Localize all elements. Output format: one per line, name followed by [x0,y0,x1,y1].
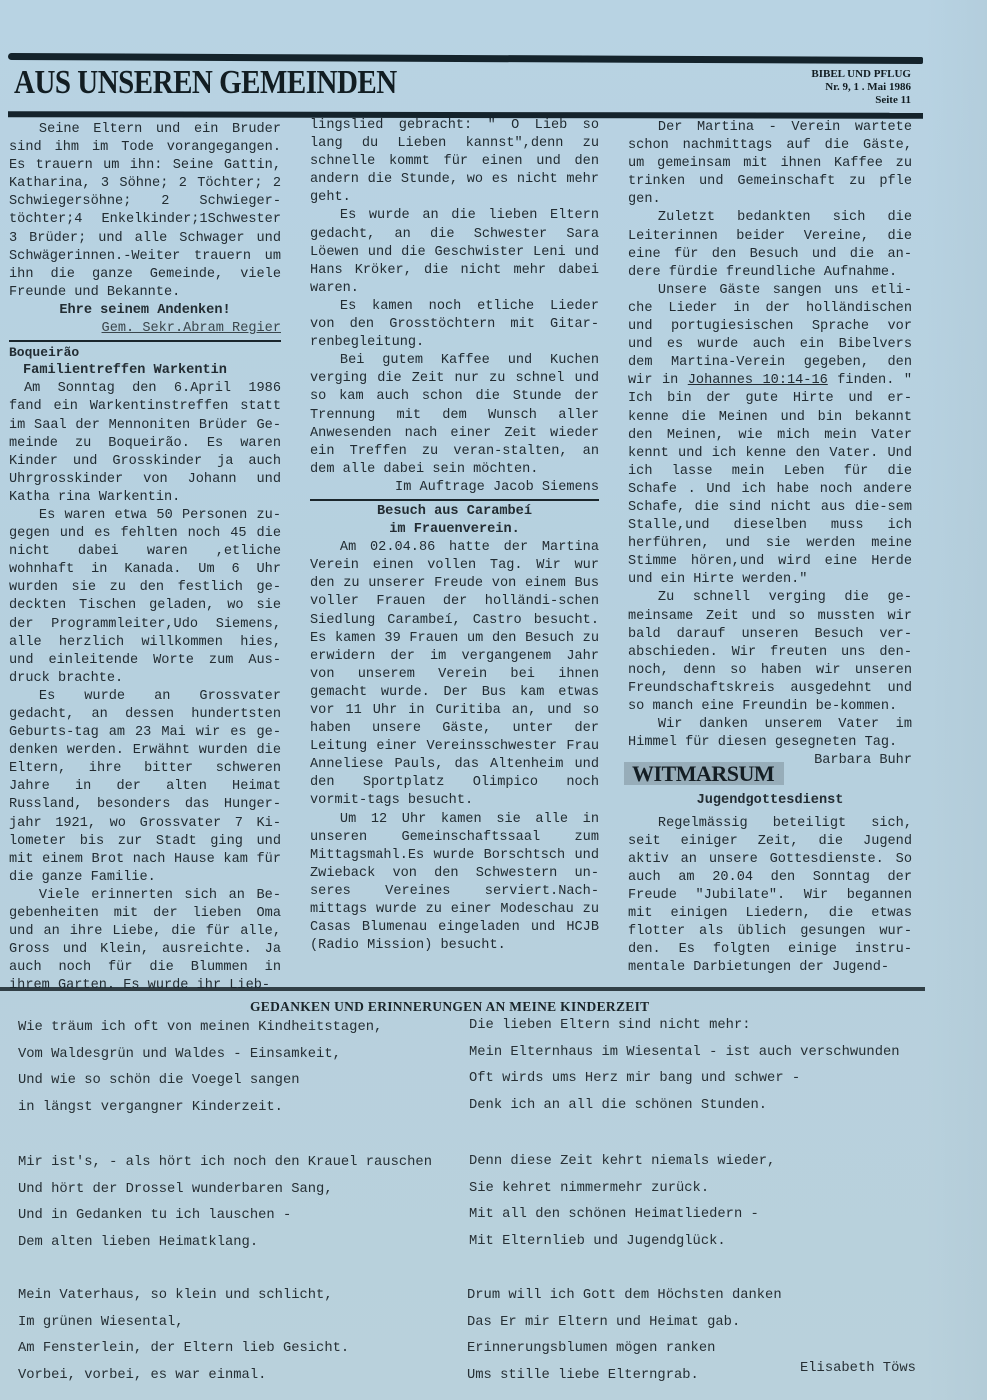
poem-line: Oft wirds ums Herz mir bang und schwer - [469,1071,900,1098]
obituary-signature: Gem. Sekr.Abram Regier [9,320,281,338]
poem-top-rule [0,987,925,991]
bible-text-after: finden. " Ich bin der gute Hirte und er-… [628,373,912,587]
article-paragraph: Wir danken unserem Vater im Himmel für d… [628,716,912,752]
poem-stanza-right-2: Denn diese Zeit kehrt niemals wieder, Si… [469,1154,775,1260]
page-edge-shadow [927,0,987,1400]
article-paragraph: Es waren etwa 50 Personen zu-gegen und e… [9,507,281,688]
poem-line: Mein Vaterhaus, so klein und schlicht, [18,1288,349,1315]
poem-line: Und wie so schön die Voegel sangen [18,1073,382,1100]
poem-stanza-right-3: Drum will ich Gott dem Höchsten danken D… [467,1288,782,1394]
article-paragraph: Um 12 Uhr kamen sie alle in unseren Geme… [310,811,599,956]
column-2: lingslied gebracht: " O Lieb so lang du … [310,117,599,955]
article-paragraph: lingslied gebracht: " O Lieb so lang du … [310,117,599,207]
column-1: Seine Eltern und ein Bruder sind ihm im … [9,121,281,996]
poem-stanza-left-1: Wie träum ich oft von meinen Kindheitsta… [18,1020,382,1126]
poem-line: Vom Waldesgrün und Waldes - Einsamkeit, [18,1047,382,1074]
page-number: Seite 11 [811,94,911,107]
poem-line: Erinnerungsblumen mögen ranken [467,1341,782,1368]
column-3: Der Martina - Verein wartete schon nachm… [628,119,912,977]
place-heading: Boqueirão [9,344,281,362]
article-title: Familientreffen Warkentin [9,362,281,380]
article-paragraph: Bei gutem Kaffee und Kuchen verging die … [310,352,599,479]
poem-line: Denn diese Zeit kehrt niemals wieder, [469,1154,775,1181]
poem-line: in längst vergangner Kinderzeit. [18,1100,382,1127]
poem-line: Dem alten lieben Heimatklang. [18,1235,432,1262]
article-title: Jugendgottesdienst [628,792,912,810]
article-paragraph: Der Martina - Verein wartete schon nachm… [628,119,912,209]
poem-author: Elisabeth Töws [800,1361,916,1376]
poem-line: Und in Gedanken tu ich lauschen - [18,1208,432,1235]
poem-title: GEDANKEN UND ERINNERUNGEN AN MEINE KINDE… [250,999,649,1015]
article-paragraph: Regelmässig beteiligt sich, seit einiger… [628,815,912,978]
masthead-top-rule [8,53,923,64]
article-paragraph: Viele erinnerten sich an Be-gebenheiten … [9,887,281,996]
section-label-witmarsum: WITMARSUM [624,762,784,785]
obituary-paragraph: Seine Eltern und ein Bruder sind ihm im … [9,121,281,302]
poem-line: Mit all den schönen Heimatliedern - [469,1207,775,1234]
poem-line: Drum will ich Gott dem Höchsten danken [467,1288,782,1315]
poem-line: Und hört der Drossel wunderbaren Sang, [18,1182,432,1209]
article-title-line-2: im Frauenverein. [310,521,599,539]
poem-line: Am Fensterlein, der Eltern lieb Gesicht. [18,1341,349,1368]
poem-line: Ums stille liebe Elterngrab. [467,1368,782,1395]
divider [310,499,599,501]
poem-line: Das Er mir Eltern und Heimat gab. [467,1315,782,1342]
poem-line: Denk ich an all die schönen Stunden. [469,1098,900,1125]
article-paragraph: Es wurde an Grossvater gedacht, an desse… [9,688,281,887]
article-paragraph: Am Sonntag den 6.April 1986 fand ein War… [9,380,281,507]
divider [9,340,281,342]
article-signature: Im Auftrage Jacob Siemens [310,479,599,497]
poem-stanza-right-1: Die lieben Eltern sind nicht mehr: Mein … [469,1018,900,1124]
bible-verse-paragraph: Unsere Gäste sangen uns etli-che Lieder … [628,282,912,590]
article-paragraph: Zuletzt bedankten sich die Leiterinnen b… [628,209,912,281]
article-paragraph: Am 02.04.86 hatte der Martina Verein ein… [310,539,599,810]
poem-stanza-left-2: Mir ist's, - als hört ich noch den Kraue… [18,1155,432,1261]
poem-line: Mir ist's, - als hört ich noch den Kraue… [18,1155,432,1182]
publication-name: BIBEL UND PFLUG [811,68,911,81]
article-paragraph: Zu schnell verging die ge-meinsame Zeit … [628,589,912,716]
masthead-title: AUS UNSEREN GEMEINDEN [14,64,397,102]
newspaper-page: AUS UNSEREN GEMEINDEN BIBEL UND PFLUG Nr… [0,0,987,1400]
article-paragraph: Es kamen noch etliche Lieder von den Gro… [310,298,599,352]
bible-reference: Johannes 10:14-16 [688,373,828,388]
poem-line: Wie träum ich oft von meinen Kindheitsta… [18,1020,382,1047]
poem-line: Mit Elternlieb und Jugendglück. [469,1234,775,1261]
poem-line: Die lieben Eltern sind nicht mehr: [469,1018,900,1045]
poem-line: Vorbei, vorbei, es war einmal. [18,1368,349,1395]
article-paragraph: Es wurde an die lieben Eltern gedacht, a… [310,207,599,297]
poem-stanza-left-3: Mein Vaterhaus, so klein und schlicht, I… [18,1288,349,1394]
masthead-meta: BIBEL UND PFLUG Nr. 9, 1 . Mai 1986 Seit… [811,68,911,107]
obituary-closing: Ehre seinem Andenken! [9,302,281,320]
article-title-line-1: Besuch aus Carambeí [310,503,599,521]
poem-line: Im grünen Wiesental, [18,1315,349,1342]
poem-line: Sie kehret nimmermehr zurück. [469,1181,775,1208]
poem-line: Mein Elternhaus im Wiesental - ist auch … [469,1045,900,1072]
issue-info: Nr. 9, 1 . Mai 1986 [811,81,911,94]
